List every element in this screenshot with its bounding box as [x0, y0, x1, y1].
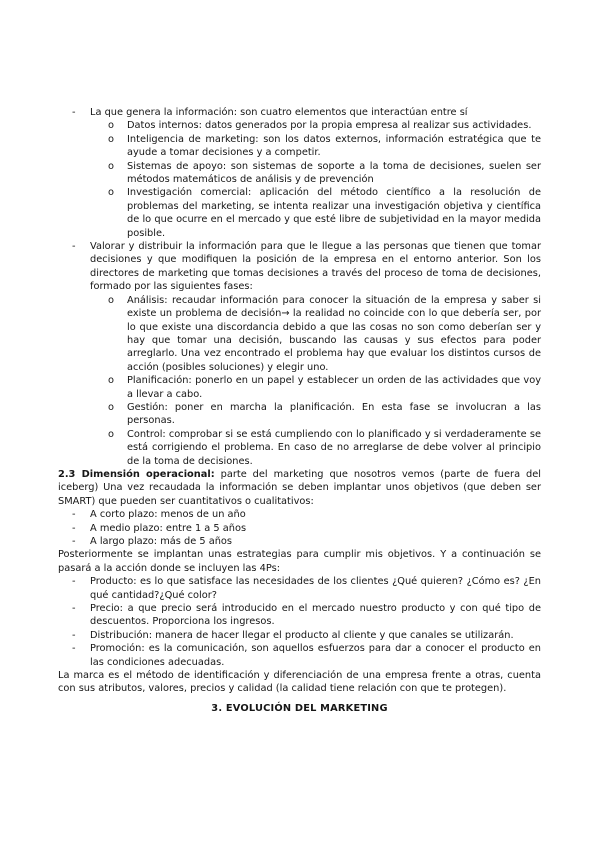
bullet-text: Planificación: ponerlo en un papel y est… — [127, 374, 541, 401]
document-page: -La que genera la información: son cuatr… — [0, 0, 599, 848]
dash-bullet-marker: - — [72, 575, 76, 588]
dash-bullet-marker: - — [72, 508, 76, 521]
bullet-item: oInvestigación comercial: aplicación del… — [58, 186, 541, 240]
circle-bullet-marker: o — [108, 374, 114, 387]
bullet-text: A largo plazo: más de 5 años — [90, 535, 541, 548]
bullet-item: -Producto: es lo que satisface las neces… — [58, 575, 541, 602]
circle-bullet-marker: o — [108, 294, 114, 307]
dash-bullet-marker: - — [72, 240, 76, 253]
bullet-item: -Valorar y distribuir la información par… — [58, 240, 541, 294]
circle-bullet-marker: o — [108, 186, 114, 199]
circle-bullet-marker: o — [108, 401, 114, 414]
bullet-item: -Distribución: manera de hacer llegar el… — [58, 629, 541, 642]
bullet-text: Valorar y distribuir la información para… — [90, 240, 541, 294]
circle-bullet-marker: o — [108, 133, 114, 146]
bullet-item: -Promoción: es la comunicación, son aque… — [58, 642, 541, 669]
bullet-item: -A largo plazo: más de 5 años — [58, 535, 541, 548]
dash-bullet-marker: - — [72, 522, 76, 535]
bullet-item: oGestión: poner en marcha la planificaci… — [58, 401, 541, 428]
bullet-text: Gestión: poner en marcha la planificació… — [127, 401, 541, 428]
dash-bullet-marker: - — [72, 106, 76, 119]
circle-bullet-marker: o — [108, 119, 114, 132]
bullet-text: A corto plazo: menos de un año — [90, 508, 541, 521]
bullet-item: -La que genera la información: son cuatr… — [58, 106, 541, 119]
bullet-text: Precio: a que precio será introducido en… — [90, 602, 541, 629]
bullet-text: Inteligencia de marketing: son los datos… — [127, 133, 541, 160]
paragraph-text: La marca es el método de identificación … — [58, 670, 541, 694]
dash-bullet-marker: - — [72, 535, 76, 548]
bullet-text: La que genera la información: son cuatro… — [90, 106, 541, 119]
circle-bullet-marker: o — [108, 428, 114, 441]
dash-bullet-marker: - — [72, 642, 76, 655]
bullet-item: oSistemas de apoyo: son sistemas de sopo… — [58, 160, 541, 187]
paragraph: La marca es el método de identificación … — [58, 669, 541, 696]
bullet-item: -A corto plazo: menos de un año — [58, 508, 541, 521]
section-heading: 3. EVOLUCIÓN DEL MARKETING — [58, 702, 541, 715]
document-content: -La que genera la información: son cuatr… — [58, 106, 541, 715]
bullet-item: -A medio plazo: entre 1 a 5 años — [58, 522, 541, 535]
bullet-item: oInteligencia de marketing: son los dato… — [58, 133, 541, 160]
bullet-text: A medio plazo: entre 1 a 5 años — [90, 522, 541, 535]
bullet-item: oPlanificación: ponerlo en un papel y es… — [58, 374, 541, 401]
bullet-item: oAnálisis: recaudar información para con… — [58, 294, 541, 374]
paragraph-text: Posteriormente se implantan unas estrate… — [58, 549, 541, 573]
paragraph: 2.3 Dimensión operacional: parte del mar… — [58, 468, 541, 508]
dash-bullet-marker: - — [72, 602, 76, 615]
dash-bullet-marker: - — [72, 629, 76, 642]
bullet-text: Investigación comercial: aplicación del … — [127, 186, 541, 240]
bullet-text: Promoción: es la comunicación, son aquel… — [90, 642, 541, 669]
bullet-text: Distribución: manera de hacer llegar el … — [90, 629, 541, 642]
bullet-item: -Precio: a que precio será introducido e… — [58, 602, 541, 629]
circle-bullet-marker: o — [108, 160, 114, 173]
bullet-text: Producto: es lo que satisface las necesi… — [90, 575, 541, 602]
paragraph: Posteriormente se implantan unas estrate… — [58, 548, 541, 575]
bullet-text: Datos internos: datos generados por la p… — [127, 119, 541, 132]
bullet-text: Análisis: recaudar información para cono… — [127, 294, 541, 374]
bullet-text: Sistemas de apoyo: son sistemas de sopor… — [127, 160, 541, 187]
paragraph-bold-lead: 2.3 Dimensión operacional: — [58, 469, 215, 480]
bullet-item: oControl: comprobar si se está cumpliend… — [58, 428, 541, 468]
bullet-text: Control: comprobar si se está cumpliendo… — [127, 428, 541, 468]
bullet-item: oDatos internos: datos generados por la … — [58, 119, 541, 132]
